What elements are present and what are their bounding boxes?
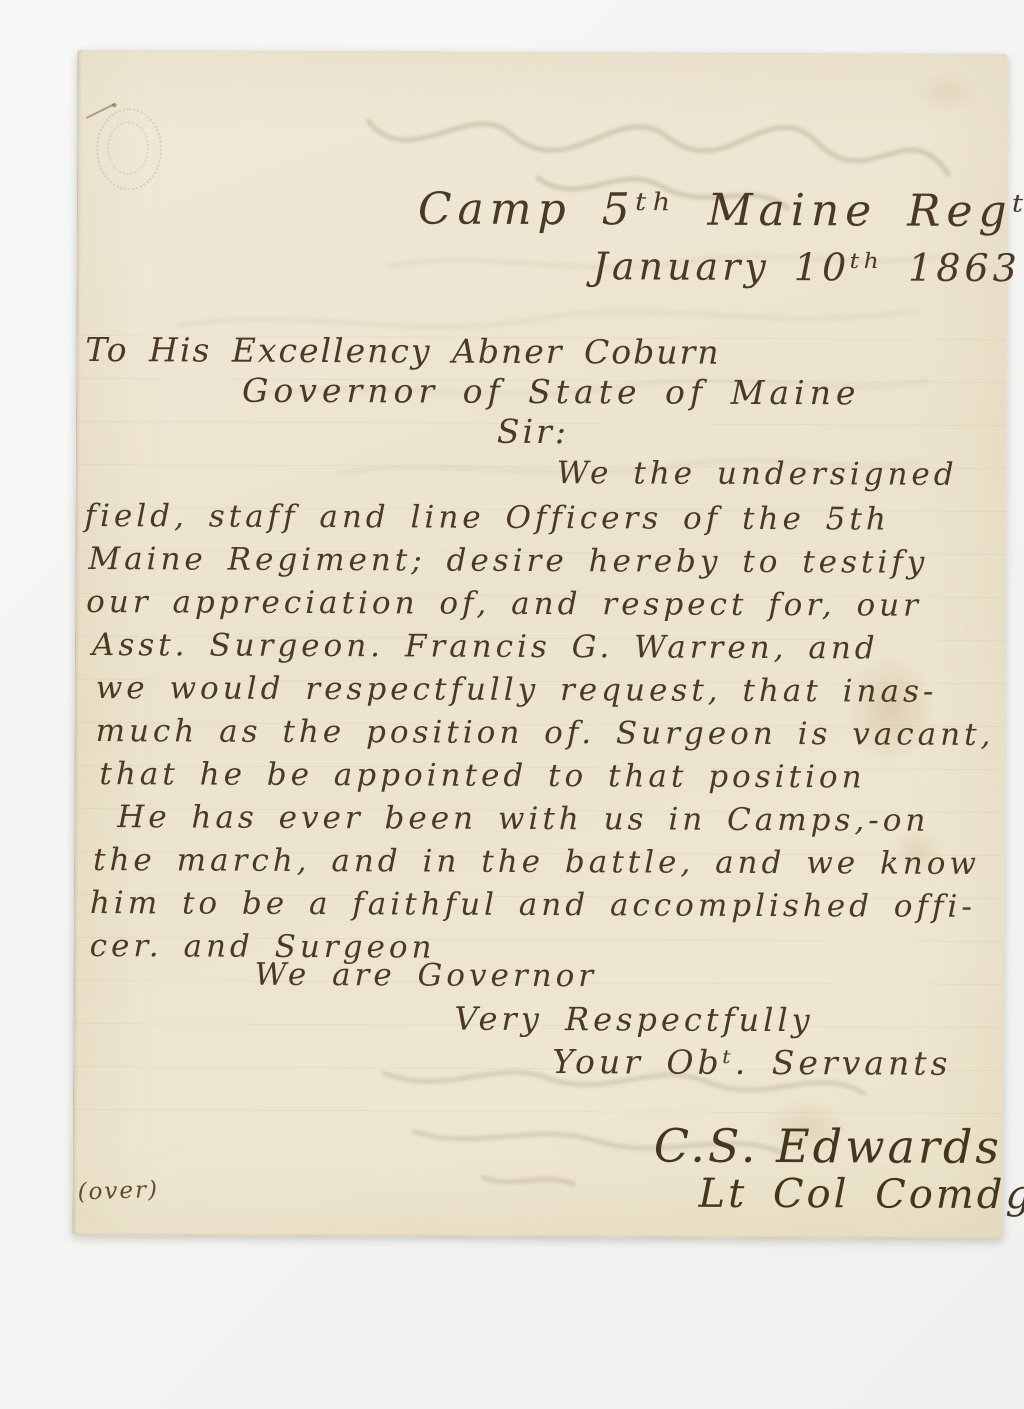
pen-mark	[84, 96, 124, 126]
body-line-10: him to be a faithful and accomplished of…	[90, 885, 976, 925]
body-line-6: much as the position of. Surgeon is vaca…	[96, 713, 995, 753]
recipient-line-2: Governor of State of Maine	[242, 371, 860, 413]
closing-line-1: Very Respectfully	[454, 1000, 813, 1040]
closing-line-0: We are Governor	[254, 957, 597, 994]
body-line-8: He has ever been with us in Camps,-on	[117, 799, 929, 839]
over-annotation: (over)	[77, 1177, 159, 1205]
body-line-3: our appreciation of, and respect for, ou…	[86, 584, 922, 624]
signature-name: C.S. Edwards	[654, 1119, 1002, 1175]
body-line-7: that he be appointed to that position	[99, 756, 865, 795]
body-line-1: field, staff and line Officers of the 5t…	[84, 498, 889, 538]
dateline-camp: Camp 5ᵗʰ Maine Regᵗ	[418, 183, 1024, 237]
letter-scan: Camp 5ᵗʰ Maine Regᵗ January 10ᵗʰ 1863 To…	[0, 0, 1024, 1409]
body-line-5: we would respectfully request, that inas…	[96, 670, 938, 710]
dateline-date: January 10ᵗʰ 1863	[593, 244, 1021, 290]
body-line-4: Asst. Surgeon. Francis G. Warren, and	[92, 627, 879, 666]
body-line-2: Maine Regiment; desire hereby to testify	[88, 541, 928, 581]
recipient-line-1: To His Excellency Abner Coburn	[85, 330, 720, 372]
body-line-9: the march, and in the battle, and we kno…	[93, 842, 980, 882]
body-line-0: We the undersigned	[557, 455, 958, 493]
salutation: Sir:	[497, 412, 569, 451]
closing-line-2: Your Obᵗ. Servants	[552, 1042, 951, 1083]
letter-paper: Camp 5ᵗʰ Maine Regᵗ January 10ᵗʰ 1863 To…	[72, 50, 1007, 1239]
signature-rank: Lt Col Comdg	[699, 1171, 1024, 1218]
